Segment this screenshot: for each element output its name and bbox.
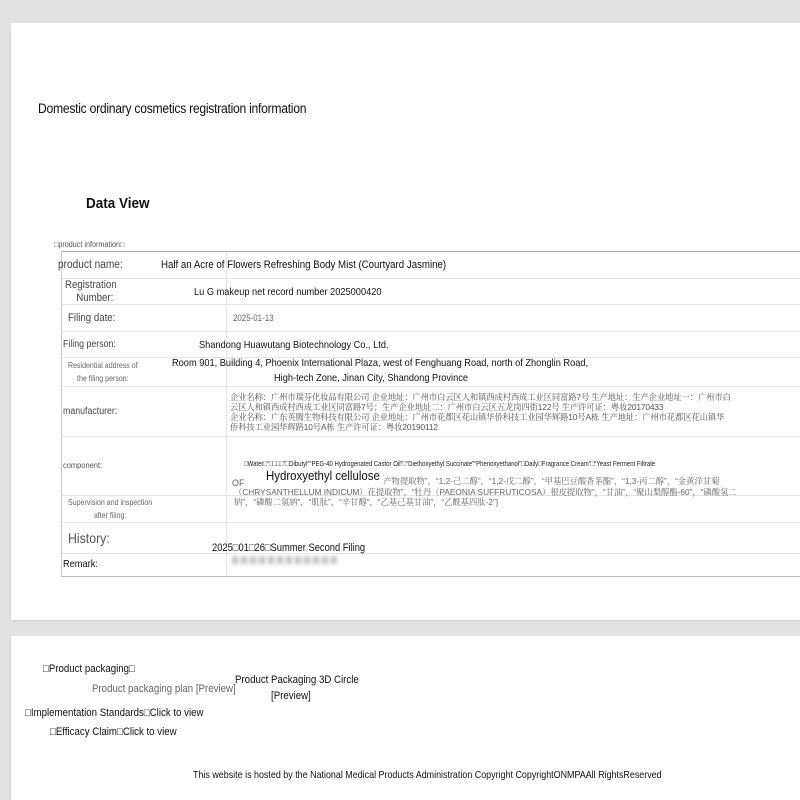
row-filing-person: Filing person: Shandong Huawutang Biotec… xyxy=(62,331,800,358)
manufacturer-label: manufacturer: xyxy=(63,406,117,417)
page-title: Domestic ordinary cosmetics registration… xyxy=(38,101,306,116)
residential-address-label-line1: Residential address of xyxy=(68,359,138,372)
registration-number-value: Lu G makeup net record number 2025000420 xyxy=(194,286,381,298)
history-label: History: xyxy=(68,530,110,546)
data-view-heading: Data View xyxy=(86,195,150,212)
row-supervision: Supervision and inspection after filing: xyxy=(62,495,800,523)
supervision-label-line2: after filing: xyxy=(68,509,152,522)
registration-number-label-line1: Registration xyxy=(65,279,117,292)
manufacturer-line: 企业名称：广州市瑞芬化妆品有限公司 企业地址：广州市白云区人和镇西成村西成工业区… xyxy=(230,392,800,402)
row-manufacturer: manufacturer: 企业名称：广州市瑞芬化妆品有限公司 企业地址：广州市… xyxy=(62,386,800,437)
manufacturer-line: 企业名称：广东英腾生物科技有限公司 企业地址：广州市花都区花山镇华侨科技工业园华… xyxy=(230,412,800,422)
row-registration-number: Registration Number: Lu G makeup net rec… xyxy=(62,278,800,305)
registration-info-card: Domestic ordinary cosmetics registration… xyxy=(11,23,800,620)
row-product-name: product name: Half an Acre of Flowers Re… xyxy=(62,252,800,279)
manufacturer-line: 侨科技工业园华辉路10号A栋 生产许可证：粤妆20190112 xyxy=(230,422,800,432)
filing-date-label: Filing date: xyxy=(68,312,115,324)
remark-label: Remark: xyxy=(63,558,98,570)
filing-person-value: Shandong Huawutang Biotechnology Co., Lt… xyxy=(199,339,389,351)
component-label: component: xyxy=(63,460,102,470)
supervision-label-line1: Supervision and inspection xyxy=(68,496,152,509)
supervision-label: Supervision and inspection after filing: xyxy=(68,496,152,522)
product-packaging-plan-link[interactable]: Product packaging plan [Preview] xyxy=(92,683,236,695)
product-packaging-label: □Product packaging□ xyxy=(43,663,135,675)
residential-address-label: Residential address of the filing person… xyxy=(68,359,138,385)
footer-copyright: This website is hosted by the National M… xyxy=(193,769,662,781)
product-name-value: Half an Acre of Flowers Refreshing Body … xyxy=(161,259,446,271)
filing-date-value: 2025-01-13 xyxy=(233,313,274,323)
manufacturer-line: 云区人和镇西成村西成工业区同富路7号；生产企业地址二：广州市白云区五龙岗四街12… xyxy=(230,402,800,412)
row-history: History: xyxy=(62,522,800,554)
row-residential-address: Residential address of the filing person… xyxy=(62,357,800,387)
registration-number-label: Registration Number: xyxy=(65,279,117,305)
residential-address-label-line2: the filing person: xyxy=(68,372,138,385)
residential-address-value-line2: High-tech Zone, Jinan City, Shandong Pro… xyxy=(274,372,468,384)
manufacturer-value: 企业名称：广州市瑞芬化妆品有限公司 企业地址：广州市白云区人和镇西成村西成工业区… xyxy=(230,392,800,432)
component-ingredient-top-line: □Water□“□□□□”□Dibutyl”“PEG-40 Hydrogenat… xyxy=(244,459,655,468)
product-info-table: product name: Half an Acre of Flowers Re… xyxy=(61,251,800,577)
residential-address-value-line1: Room 901, Building 4, Phoenix Internatio… xyxy=(172,357,588,369)
product-name-label: product name: xyxy=(58,259,123,271)
implementation-standards-link[interactable]: □Implementation Standards□Click to view xyxy=(25,707,203,719)
filing-person-label: Filing person: xyxy=(63,339,116,350)
efficacy-claim-link[interactable]: □Efficacy Claim□Click to view xyxy=(50,726,177,738)
product-packaging-3d-link-line1[interactable]: Product Packaging 3D Circle xyxy=(235,674,359,686)
row-remark: Remark: xyxy=(62,553,800,576)
product-packaging-3d-link-line2[interactable]: [Preview] xyxy=(271,690,311,702)
component-highlight: Hydroxyethyl cellulose xyxy=(266,468,380,483)
row-filing-date: Filing date: 2025-01-13 xyxy=(62,304,800,332)
product-information-section-label: □product information□ xyxy=(54,240,124,249)
